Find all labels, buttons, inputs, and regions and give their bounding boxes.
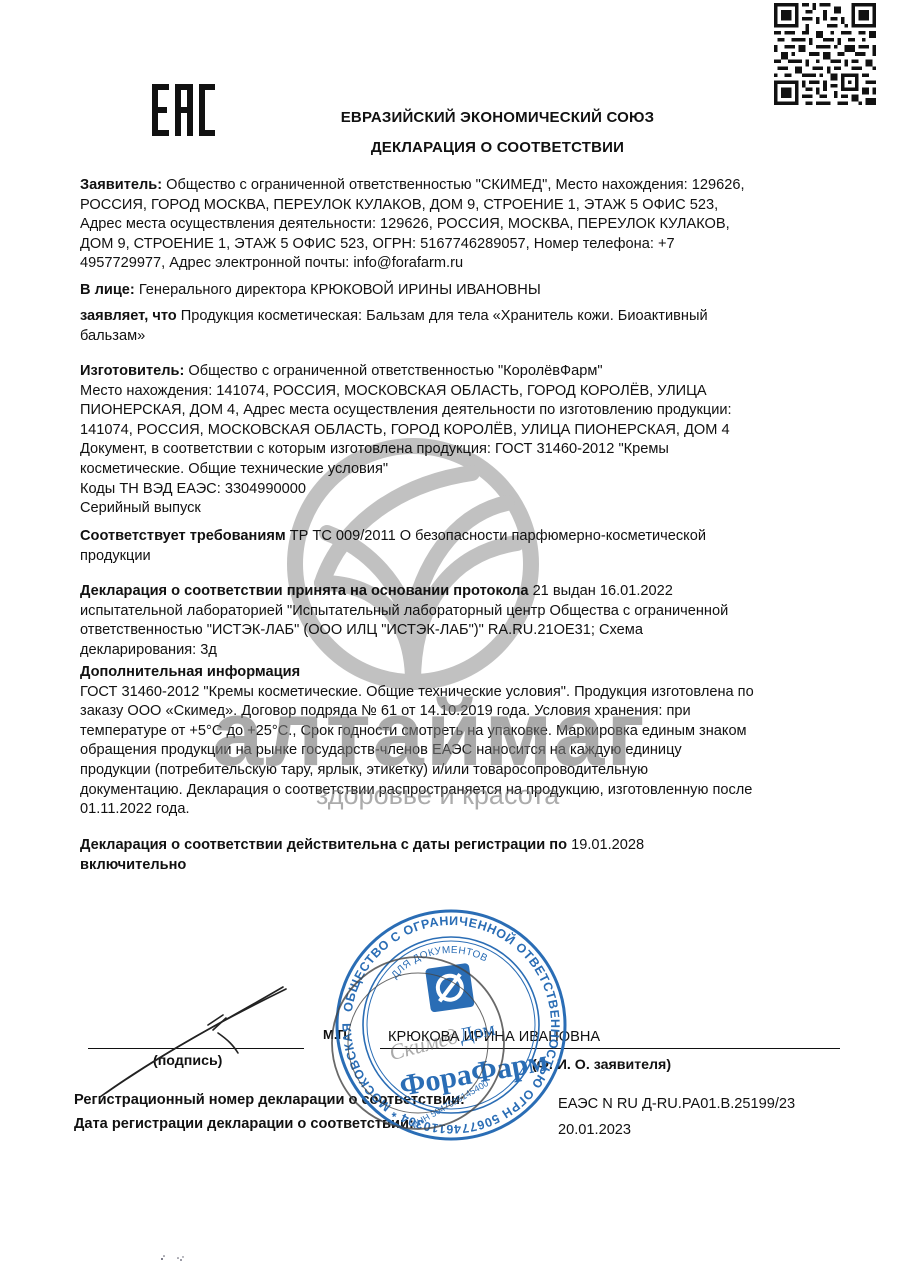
qr-code-icon	[773, 3, 877, 105]
manufacturer-line: косметические. Общие технические условия…	[80, 460, 830, 480]
applicant-section: Заявитель: Общество с ограниченной ответ…	[80, 176, 830, 274]
declares-line: Продукция косметическая: Бальзам для тел…	[177, 308, 708, 324]
svg-text:Скимед: Скимед	[386, 1023, 460, 1065]
manufacturer-line: 141074, РОССИЯ, МОСКОВСКАЯ ОБЛАСТЬ, ГОРО…	[80, 421, 830, 441]
validity-suffix: включительно	[80, 856, 830, 876]
manufacturer-line: Место нахождения: 141074, РОССИЯ, МОСКОВ…	[80, 382, 830, 402]
validity-section: Декларация о соответствии действительна …	[80, 836, 830, 875]
manufacturer-line: ПИОНЕРСКАЯ, ДОМ 4, Адрес места осуществл…	[80, 401, 830, 421]
handwritten-signature-icon	[98, 985, 298, 1105]
scan-specks-icon	[160, 1252, 200, 1264]
additional-info-label: Дополнительная информация	[80, 663, 830, 683]
hs-code-line: Коды ТН ВЭД ЕАЭС: 3304990000	[80, 480, 830, 500]
declares-label: заявляет, что	[80, 308, 177, 324]
protocol-line: 21 выдан 16.01.2022	[529, 583, 673, 599]
applicant-line: Общество с ограниченной ответственностью…	[162, 177, 744, 193]
watermark-tagline: здоровье и красота	[316, 780, 559, 811]
applicant-line: Адрес места осуществления деятельности: …	[80, 215, 830, 235]
secondary-stamp-icon: Скимед	[328, 953, 508, 1133]
represented-by-label: В лице:	[80, 282, 135, 298]
document-title: ДЕКЛАРАЦИЯ О СООТВЕТСТВИИ	[0, 139, 900, 156]
conforms-line: ТР ТС 009/2011 О безопасности парфюмерно…	[286, 528, 706, 544]
applicant-label: Заявитель:	[80, 177, 162, 193]
manufacturer-line: Документ, в соответствии с которым изгот…	[80, 440, 830, 460]
protocol-line: испытательной лабораторией "Испытательны…	[80, 602, 830, 622]
conforms-label: Соответствует требованиям	[80, 528, 286, 544]
protocol-line: декларирования: 3д	[80, 641, 830, 661]
validity-label: Декларация о соответствии действительна …	[80, 837, 567, 853]
validity-date: 19.01.2028	[567, 837, 644, 853]
manufacturer-label: Изготовитель:	[80, 363, 184, 379]
conforms-line: продукции	[80, 547, 830, 567]
watermark-word: алтаймаг	[212, 688, 647, 780]
manufacturer-line: Общество с ограниченной ответственностью…	[184, 363, 602, 379]
applicant-line: 4957729977, Адрес электронной почты: inf…	[80, 254, 830, 274]
conforms-section: Соответствует требованиям ТР ТС 009/2011…	[80, 527, 830, 566]
manufacturer-section: Изготовитель: Общество с ограниченной от…	[80, 362, 830, 519]
declares-line: бальзам»	[80, 327, 830, 347]
applicant-line: ДОМ 9, СТРОЕНИЕ 1, ЭТАЖ 5 ОФИС 523, ОГРН…	[80, 235, 830, 255]
applicant-line: РОССИЯ, ГОРОД МОСКВА, ПЕРЕУЛОК КУЛАКОВ, …	[80, 196, 830, 216]
protocol-line: ответственностью "ИСТЭК-ЛАБ" (ООО ИЛЦ "И…	[80, 621, 830, 641]
union-title: ЕВРАЗИЙСКИЙ ЭКОНОМИЧЕСКИЙ СОЮЗ	[0, 109, 900, 126]
represented-by-value: Генерального директора КРЮКОВОЙ ИРИНЫ ИВ…	[135, 282, 541, 298]
represented-by-section: В лице: Генерального директора КРЮКОВОЙ …	[80, 281, 830, 301]
protocol-section: Декларация о соответствии принята на осн…	[80, 582, 830, 660]
declares-section: заявляет, что Продукция косметическая: Б…	[80, 307, 830, 346]
serial-production-line: Серийный выпуск	[80, 499, 830, 519]
protocol-label: Декларация о соответствии принята на осн…	[80, 583, 529, 599]
registration-number-value: ЕАЭС N RU Д-RU.PA01.B.25199/23	[558, 1096, 795, 1112]
